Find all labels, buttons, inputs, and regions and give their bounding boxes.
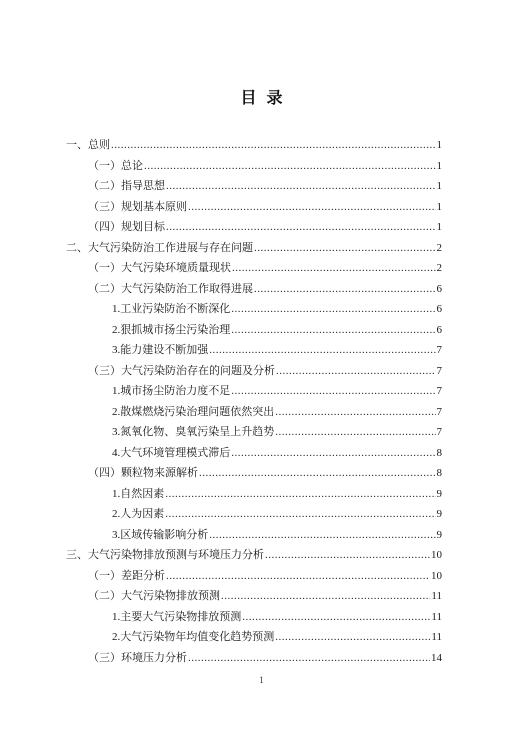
toc-leader-dots — [199, 463, 436, 484]
toc-entry-page: 7 — [437, 381, 443, 402]
toc-entry[interactable]: （二）大气污染防治工作取得进展 6 — [66, 279, 442, 300]
toc-entry-page: 7 — [437, 340, 443, 361]
toc-leader-dots — [265, 545, 430, 566]
toc-leader-dots — [165, 484, 435, 505]
toc-leader-dots — [232, 258, 436, 279]
toc-entry-label: （三）大气污染防治存在的问题及分析 — [88, 361, 275, 382]
toc-entry-label: （一）差距分析 — [88, 566, 165, 587]
toc-leader-dots — [166, 217, 436, 238]
toc-entry-label: 3.区域传输影响分析 — [112, 525, 208, 546]
toc-entry-page: 8 — [437, 463, 443, 484]
toc-entry[interactable]: 2.大气污染物年均值变化趋势预测 11 — [66, 627, 442, 648]
toc-entry-label: 2.大气污染物年均值变化趋势预测 — [112, 627, 274, 648]
toc-entry[interactable]: 三、大气污染物排放预测与环境压力分析 10 — [66, 545, 442, 566]
toc-leader-dots — [165, 504, 435, 525]
toc-entry-label: 三、大气污染物排放预测与环境压力分析 — [66, 545, 264, 566]
toc-entry-page: 9 — [437, 525, 443, 546]
toc-entry-label: 2.散煤燃烧污染治理问题依然突出 — [112, 402, 274, 423]
toc-entry-label: 1.工业污染防治不断深化 — [112, 299, 230, 320]
toc-entry-label: （二）指导思想 — [88, 176, 165, 197]
toc-entry-label: 一、总则 — [66, 135, 110, 156]
toc-entry-page: 7 — [437, 361, 443, 382]
toc-entry[interactable]: 3.能力建设不断加强 7 — [66, 340, 442, 361]
toc-entry-label: （四）规划目标 — [88, 217, 165, 238]
toc-entry[interactable]: （一）大气污染环境质量现状 2 — [66, 258, 442, 279]
toc-entry-page: 8 — [437, 443, 443, 464]
toc-entry-page: 11 — [431, 627, 442, 648]
toc-entry-label: 2.人为因素 — [112, 504, 164, 525]
toc-entry-label: （二）大气污染防治工作取得进展 — [88, 279, 253, 300]
toc-entry-label: 2.狠抓城市扬尘污染治理 — [112, 320, 230, 341]
toc-leader-dots — [209, 340, 435, 361]
toc-entry[interactable]: 2.人为因素 9 — [66, 504, 442, 525]
toc-leader-dots — [275, 422, 435, 443]
toc-entry[interactable]: （四）规划目标 1 — [66, 217, 442, 238]
toc-entry-page: 11 — [431, 607, 442, 628]
toc-leader-dots — [221, 586, 430, 607]
toc-entry-page: 2 — [437, 258, 443, 279]
toc-entry-label: 3.能力建设不断加强 — [112, 340, 208, 361]
toc-entry-page: 10 — [431, 545, 442, 566]
toc-leader-dots — [231, 443, 435, 464]
toc-entry[interactable]: （二）大气污染物排放预测 11 — [66, 586, 442, 607]
toc-leader-dots — [275, 402, 435, 423]
toc-entry[interactable]: （三）环境压力分析 14 — [66, 648, 442, 669]
toc-entry-page: 1 — [437, 135, 443, 156]
toc-leader-dots — [254, 238, 436, 259]
toc-entry-page: 7 — [437, 402, 443, 423]
toc-entry-page: 2 — [437, 238, 443, 259]
toc-entry-page: 6 — [437, 320, 443, 341]
toc-entry-label: 二、大气污染防治工作进展与存在问题 — [66, 238, 253, 259]
toc-entry-page: 1 — [437, 217, 443, 238]
toc-entry-label: 1.城市扬尘防治力度不足 — [112, 381, 230, 402]
toc-entry[interactable]: 3.氮氧化物、臭氧污染呈上升趋势 7 — [66, 422, 442, 443]
toc-leader-dots — [166, 176, 436, 197]
toc-entry[interactable]: （四）颗粒物来源解析 8 — [66, 463, 442, 484]
toc-leader-dots — [188, 197, 436, 218]
toc-entry-page: 9 — [437, 484, 443, 505]
toc-entry-page: 6 — [437, 299, 443, 320]
toc-entry[interactable]: （一）总论 1 — [66, 156, 442, 177]
toc-leader-dots — [275, 627, 430, 648]
document-page: 目 录 一、总则 1 （一）总论 1 （二）指导思想 1 （三）规划基本原则 1… — [0, 0, 523, 740]
toc-entry[interactable]: 4.大气环境管理模式滞后 8 — [66, 443, 442, 464]
toc-entry[interactable]: 1.工业污染防治不断深化 6 — [66, 299, 442, 320]
toc-entry-label: 1.自然因素 — [112, 484, 164, 505]
page-number: 1 — [0, 675, 523, 685]
toc-entry-label: （四）颗粒物来源解析 — [88, 463, 198, 484]
toc-entry-page: 6 — [437, 279, 443, 300]
toc-entry[interactable]: （三）大气污染防治存在的问题及分析 7 — [66, 361, 442, 382]
toc-leader-dots — [188, 648, 430, 669]
toc-entry[interactable]: 1.主要大气污染物排放预测 11 — [66, 607, 442, 628]
toc-leader-dots — [254, 279, 436, 300]
toc-entry-page: 1 — [437, 197, 443, 218]
toc-entry-label: （一）总论 — [88, 156, 143, 177]
toc-entry[interactable]: 2.狠抓城市扬尘污染治理 6 — [66, 320, 442, 341]
toc-entry-page: 1 — [437, 176, 443, 197]
toc-entry[interactable]: （二）指导思想 1 — [66, 176, 442, 197]
toc-leader-dots — [209, 525, 435, 546]
toc-entry[interactable]: （一）差距分析 10 — [66, 566, 442, 587]
toc-entry-page: 9 — [437, 504, 443, 525]
toc-entry-label: （三）环境压力分析 — [88, 648, 187, 669]
table-of-contents: 一、总则 1 （一）总论 1 （二）指导思想 1 （三）规划基本原则 1 （四）… — [66, 135, 442, 668]
toc-entry-page: 10 — [431, 566, 442, 587]
toc-leader-dots — [166, 566, 430, 587]
toc-leader-dots — [231, 320, 435, 341]
toc-entry[interactable]: 1.自然因素 9 — [66, 484, 442, 505]
toc-entry[interactable]: 2.散煤燃烧污染治理问题依然突出 7 — [66, 402, 442, 423]
toc-entry[interactable]: 3.区域传输影响分析 9 — [66, 525, 442, 546]
toc-entry-page: 11 — [431, 586, 442, 607]
page-title: 目 录 — [0, 85, 523, 108]
toc-entry[interactable]: （三）规划基本原则 1 — [66, 197, 442, 218]
toc-entry-label: 3.氮氧化物、臭氧污染呈上升趋势 — [112, 422, 274, 443]
toc-entry-label: 4.大气环境管理模式滞后 — [112, 443, 230, 464]
toc-entry-label: （一）大气污染环境质量现状 — [88, 258, 231, 279]
toc-entry-page: 14 — [431, 648, 442, 669]
toc-entry-label: （二）大气污染物排放预测 — [88, 586, 220, 607]
toc-entry-page: 1 — [437, 156, 443, 177]
toc-entry-page: 7 — [437, 422, 443, 443]
toc-entry[interactable]: 1.城市扬尘防治力度不足 7 — [66, 381, 442, 402]
toc-leader-dots — [242, 607, 430, 628]
toc-leader-dots — [144, 156, 436, 177]
toc-entry-label: 1.主要大气污染物排放预测 — [112, 607, 241, 628]
toc-entry[interactable]: 一、总则 1 — [66, 135, 442, 156]
toc-entry-label: （三）规划基本原则 — [88, 197, 187, 218]
toc-leader-dots — [231, 299, 435, 320]
toc-leader-dots — [276, 361, 436, 382]
toc-entry[interactable]: 二、大气污染防治工作进展与存在问题 2 — [66, 238, 442, 259]
toc-leader-dots — [111, 135, 436, 156]
toc-leader-dots — [231, 381, 435, 402]
